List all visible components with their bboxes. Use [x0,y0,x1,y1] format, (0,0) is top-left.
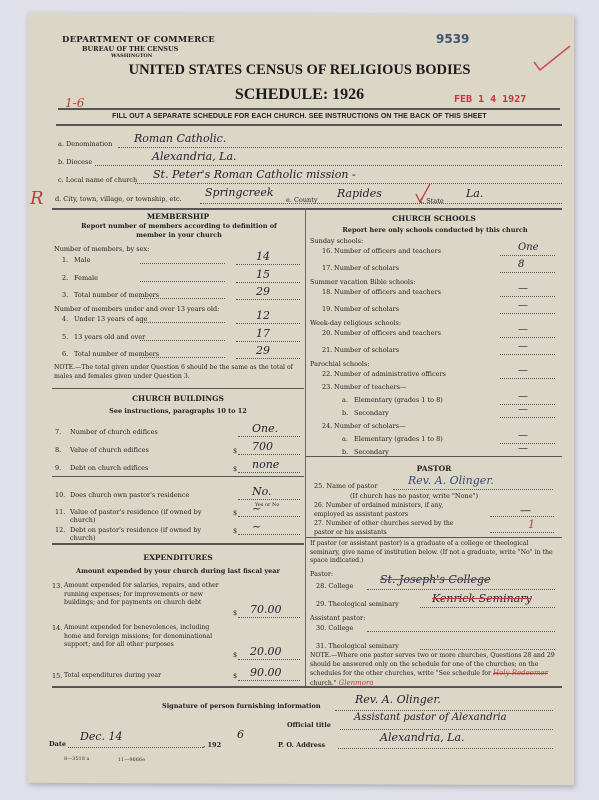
school-question-label: Elementary (grades 1 to 8) [354,396,443,404]
school-answer[interactable]: 8 [518,259,524,270]
school-answer[interactable]: — [518,404,528,415]
q28-line [367,589,555,590]
school-group-label: Sunday schools: [310,237,363,245]
membership-answer-line [236,358,300,359]
q25-line [393,489,553,490]
expense-question-label: Total expenditures during year [64,672,220,681]
po-address-line [338,748,553,749]
membership-dots [140,340,225,341]
po-address-label: P. O. Address [278,741,325,749]
city-value[interactable]: Springcreek [205,186,274,199]
building-answer-line [238,454,300,455]
building-question-label: Number of church edifices [70,428,220,436]
school-question-number: b. [342,409,348,417]
school-question-number: 21. [322,346,332,354]
expense-question-label: Amount expended for benevolences, includ… [64,624,220,650]
diocese-label: b. Diocese [58,158,92,166]
diocese-value[interactable]: Alexandria, La. [152,150,237,163]
membership-answer[interactable]: 29 [256,285,270,298]
school-question-label: Number of officers and teachers [334,247,441,255]
school-question-number: b. [342,448,348,456]
school-question-label: Number of teachers— [334,383,407,391]
membership-answer[interactable]: 15 [256,268,270,281]
school-question-label: Number of scholars [334,346,399,354]
school-question-label: Number of administrative officers [334,370,446,378]
q26-label: 26. Number of ordained ministers, if any… [314,502,469,519]
school-question-number: 18. [322,288,332,296]
building-answer[interactable]: ~ [252,502,261,515]
membership-question-number: 6. [62,350,68,358]
divider [52,476,304,477]
school-question-label: Number of scholars [334,264,399,272]
membership-dots [140,298,225,299]
pastor-sublabel: Pastor: [310,570,333,578]
red-check-icon [414,182,432,204]
divider [52,208,562,210]
membership-question-number: 5. [62,333,68,341]
membership-dots [140,322,225,323]
po-address-value[interactable]: Alexandria, La. [380,731,465,744]
membership-question-label: 13 years old and over [74,333,145,341]
q26-value[interactable]: — [520,504,531,517]
school-group-label: Summer vacation Bible schools: [310,278,416,286]
q29-label: 29. Theological seminary [316,600,399,608]
diocese-line [95,165,562,166]
school-answer[interactable]: — [518,430,528,441]
school-answer[interactable]: — [518,443,528,454]
membership-question-number: 3. [62,291,68,299]
state-value[interactable]: La. [466,187,483,200]
building-question-label: Debt on church edifices [70,464,220,472]
building-answer[interactable]: No. [252,485,272,498]
members-by-age-label: Number of members under and over 13 year… [54,305,219,313]
building-answer-line [238,499,300,500]
building-question-number: 8. [55,446,61,454]
pastor-heading: PASTOR [306,464,562,473]
graduate-instructions: If pastor (or assistant pastor) is a gra… [310,540,558,566]
members-by-sex-label: Number of members, by sex: [54,245,149,253]
membership-answer-line [236,264,300,265]
county-value[interactable]: Rapides [337,187,382,200]
school-question-number: 22. [322,370,332,378]
divider [52,543,304,545]
currency-sign: $ [233,527,237,535]
membership-answer[interactable]: 17 [256,327,270,340]
school-question-label: Number of officers and teachers [334,329,441,337]
official-title-label: Official title [287,721,331,729]
assistant-sublabel: Assistant pastor: [310,614,365,622]
official-title-value[interactable]: Assistant pastor of Alexandria [354,712,507,723]
building-answer-line [238,516,300,517]
pastor-note-fill[interactable]: Holy Redeemer [493,669,548,677]
expenditures-heading: EXPENDITURES [52,553,304,562]
church-schools-heading: CHURCH SCHOOLS [306,214,562,223]
membership-dots [140,263,225,264]
school-question-number: 20. [322,329,332,337]
membership-dots [140,281,225,282]
currency-sign: $ [233,447,237,455]
denomination-line [118,147,562,148]
building-question-label: Debt on pastor's residence (if owned by … [70,526,220,542]
divider [306,537,562,538]
building-question-number: 10. [55,491,65,499]
school-question-number: 23. [322,383,332,391]
expense-answer-line [238,659,300,660]
received-date-stamp: FEB 1 4 1927 [454,94,526,105]
q25-hint: (If church has no pastor, write "None") [350,492,478,500]
membership-heading: MEMBERSHIP [52,212,304,221]
form-code: 8—3518 a [64,756,89,762]
q28-college[interactable]: St. Joseph's College [380,573,491,586]
expenditures-subtitle: Amount expended by your church during la… [52,567,304,576]
expense-question-number: 14. [52,624,62,632]
q27-value[interactable]: 1 [528,518,535,531]
city-heading: WASHINGTON [111,53,152,59]
bureau-heading: BUREAU OF THE CENSUS [82,45,178,53]
membership-answer[interactable]: 12 [256,309,270,322]
school-question-number: 24. [322,422,332,430]
currency-sign: $ [233,672,237,680]
q25-pastor-name[interactable]: Rev. A. Olinger. [408,474,494,487]
expense-answer-line [238,680,300,681]
school-answer-line [500,417,555,418]
expense-answer[interactable]: 70.00 [250,603,282,616]
membership-question-number: 2. [62,274,68,282]
school-answer[interactable]: — [518,391,528,402]
city-label: d. City, town, village, or township, etc… [55,195,182,203]
currency-sign: $ [233,651,237,659]
school-answer-line [500,354,555,355]
school-group-label: Parochial schools: [310,360,370,368]
school-question-label: Secondary [354,409,389,417]
q29-seminary[interactable]: Kenrick Seminary [432,592,532,605]
school-answer-line [500,313,555,314]
church-name-value[interactable]: St. Peter's Roman Catholic mission - [153,168,356,181]
school-question-number: 19. [322,305,332,313]
divider [306,456,562,457]
membership-answer-line [236,323,300,324]
q27-line [490,532,554,533]
school-question-label: Number of scholars [334,305,399,313]
year-prefix: , 192 [203,741,221,749]
school-group-label: Week-day religious schools: [310,319,401,327]
school-question-number: 17. [322,264,332,272]
expense-question-number: 13. [52,582,62,590]
school-question-label: Number of scholars— [334,422,406,430]
form-title: UNITED STATES CENSUS OF RELIGIOUS BODIES [0,62,599,79]
school-question-label: Elementary (grades 1 to 8) [354,435,443,443]
building-question-number: 7. [55,428,61,436]
school-question-label: Secondary [354,448,389,456]
q25-label: 25. Name of pastor [314,482,377,490]
official-title-line [340,729,553,730]
building-answer[interactable]: 700 [252,440,273,453]
building-question-number: 12. [55,526,65,534]
q30-line [367,631,555,632]
building-question-label: Does church own pastor's residence [70,491,220,499]
school-question-number: a. [342,396,348,404]
building-answer-line [238,472,300,473]
signature-line [335,710,553,711]
school-answer[interactable]: — [518,283,528,294]
building-answer[interactable]: none [252,458,279,471]
school-answer[interactable]: — [518,300,528,311]
expense-question-number: 15. [52,672,62,680]
membership-dots [140,357,225,358]
school-answer[interactable]: — [518,324,528,335]
school-answer-line [500,272,555,273]
church-buildings-heading: CHURCH BUILDINGS [52,394,304,403]
building-answer[interactable]: ~ [252,520,261,533]
expense-answer[interactable]: 90.00 [250,666,282,679]
membership-question-label: Under 13 years of age [74,315,147,323]
membership-answer-line [236,341,300,342]
membership-question-label: Male [74,256,90,264]
building-question-label: Value of church edifices [70,446,220,454]
school-answer[interactable]: — [518,365,528,376]
date-line [68,747,203,748]
membership-answer[interactable]: 29 [256,344,270,357]
building-answer[interactable]: One. [252,422,278,435]
q31-label: 31. Theological seminary [316,642,399,650]
school-answer-line [500,296,555,297]
church-schools-subtitle: Report here only schools conducted by th… [310,226,560,235]
date-label: Date [49,740,66,748]
year-digit[interactable]: 6 [237,728,244,741]
pastor-note: NOTE.—Where one pastor serves two or mor… [310,652,558,688]
building-answer-line [238,436,300,437]
date-value[interactable]: Dec. 14 [80,730,122,743]
school-question-label: Number of officers and teachers [334,288,441,296]
membership-question-number: 4. [62,315,68,323]
signature-value[interactable]: Rev. A. Olinger. [355,693,441,706]
divider [52,388,304,389]
currency-sign: $ [233,509,237,517]
serial-number: 9539 [436,32,469,46]
church-buildings-subtitle: See instructions, paragraphs 10 to 12 [52,407,304,416]
department-heading: DEPARTMENT OF COMMERCE [62,35,215,45]
school-answer-line [500,255,555,256]
membership-question-label: Female [74,274,98,282]
currency-sign: $ [233,465,237,473]
membership-answer[interactable]: 14 [256,250,270,263]
church-name-line [135,183,562,184]
membership-answer-line [236,299,300,300]
church-name-label: c. Local name of church [58,176,137,184]
currency-sign: $ [233,609,237,617]
divider [56,124,562,126]
building-question-number: 9. [55,464,61,472]
building-question-label: Value of pastor's residence (if owned by… [70,508,220,524]
print-code: 11—9666e [118,757,145,763]
school-answer-line [500,337,555,338]
city-county-state-line [200,203,562,204]
membership-subtitle: Report number of members according to de… [70,222,288,240]
column-divider [305,208,306,686]
school-question-number: 16. [322,247,332,255]
q27-label: 27. Number of other churches served by t… [314,520,464,537]
divider [52,686,562,688]
denomination-label: a. Denomination [58,140,112,148]
building-answer-line [238,534,300,535]
expense-answer[interactable]: 20.00 [250,645,282,658]
membership-note: NOTE.—The total given under Question 6 s… [54,364,300,381]
q30-label: 30. College [316,624,353,632]
left-margin-mark: R [30,188,44,209]
q28-label: 28. College [316,582,353,590]
building-question-number: 11. [55,508,65,516]
signature-label: Signature of person furnishing informati… [162,702,321,710]
expense-answer-line [238,617,300,618]
divider [58,108,560,110]
q29-line [420,607,555,608]
school-answer-line [500,378,555,379]
school-question-number: a. [342,435,348,443]
instructions-banner: FILL OUT A SEPARATE SCHEDULE FOR EACH CH… [0,113,599,120]
membership-question-number: 1. [62,256,68,264]
q31-line [420,649,555,650]
school-answer[interactable]: One [518,242,539,253]
school-answer[interactable]: — [518,341,528,352]
membership-answer-line [236,282,300,283]
denomination-value[interactable]: Roman Catholic. [134,132,226,145]
expense-question-label: Amount expended for salaries, repairs, a… [64,582,220,608]
